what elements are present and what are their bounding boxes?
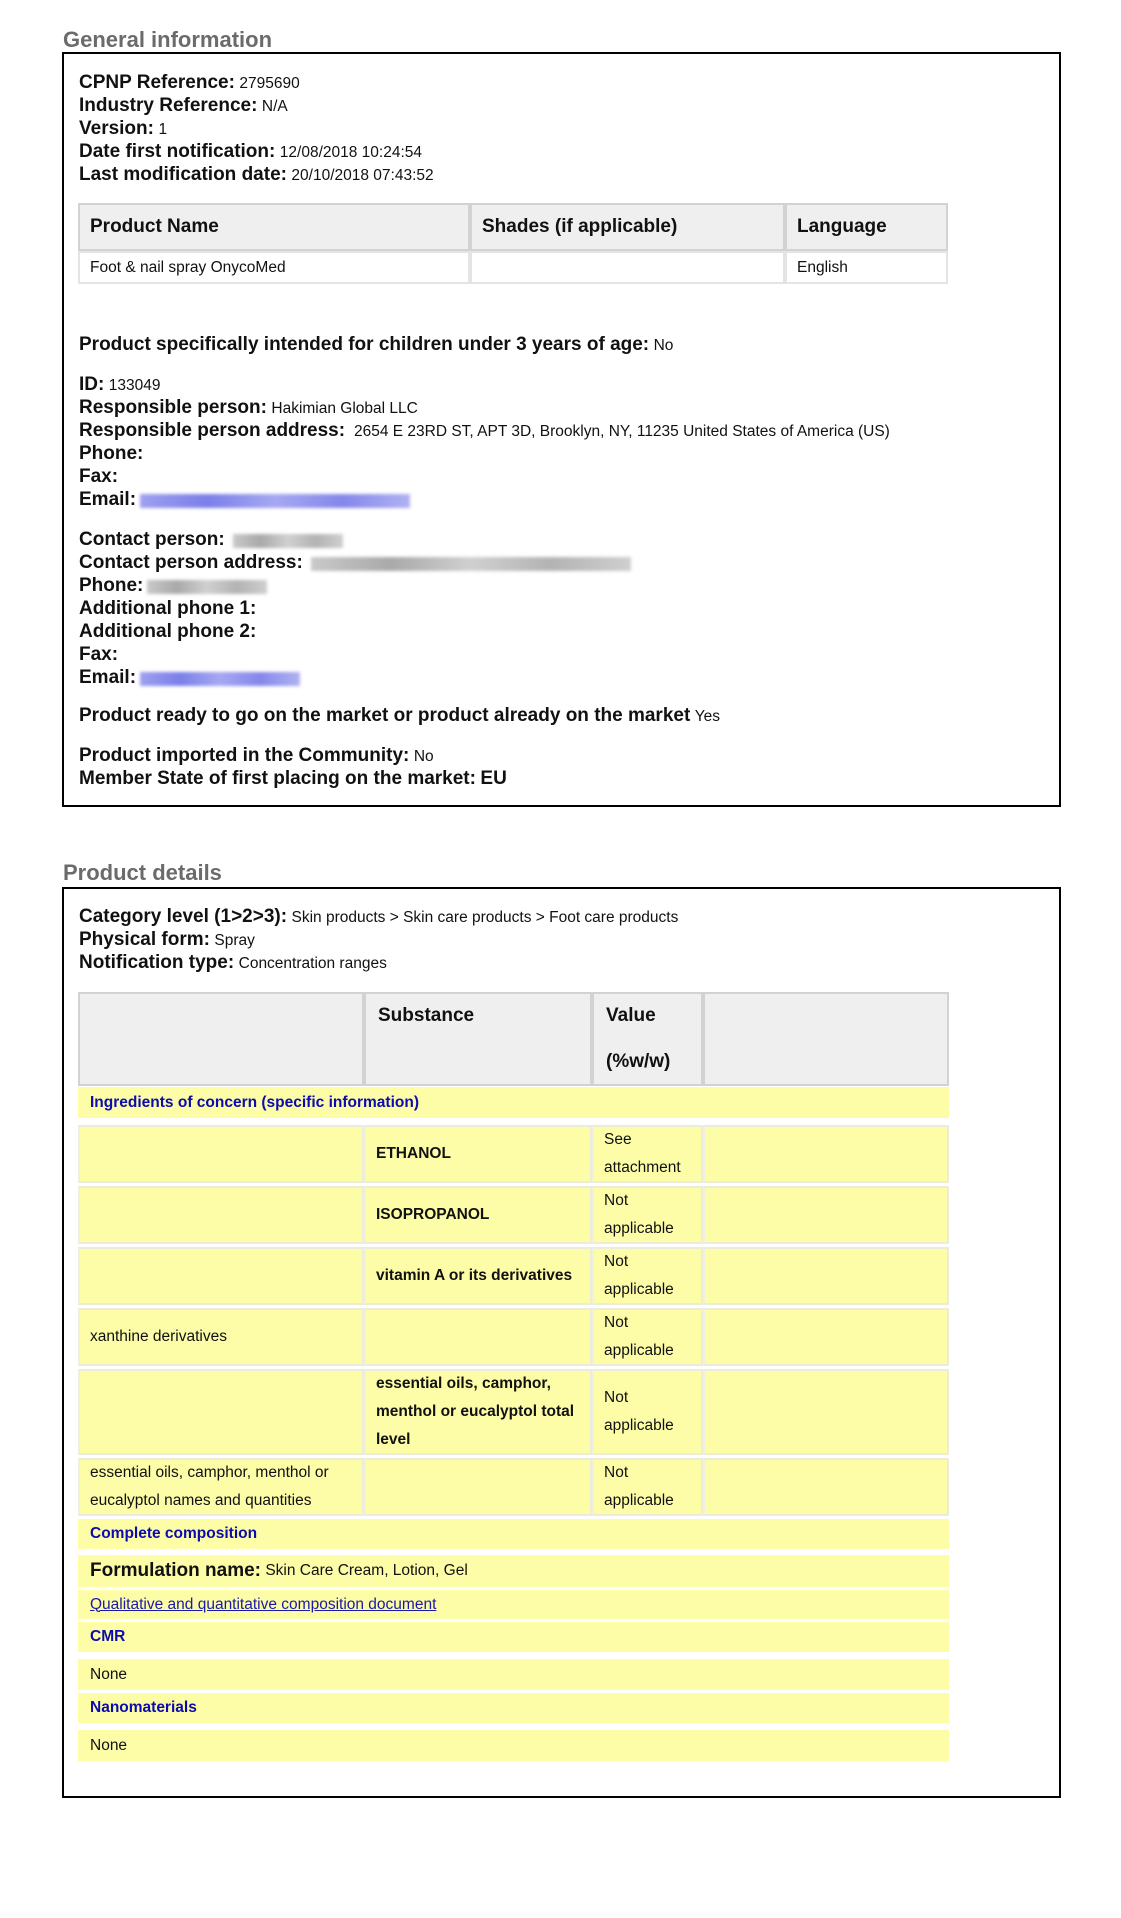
label: Fax: <box>79 466 118 487</box>
category-level: Category level (1>2>3): Skin products > … <box>79 905 678 929</box>
cell-value: Not applicable <box>592 1458 703 1516</box>
label: CPNP Reference: <box>79 72 235 93</box>
value: 133049 <box>109 377 161 394</box>
cell-empty <box>703 1458 949 1516</box>
cell-empty <box>703 1247 949 1305</box>
notification-type: Notification type: Concentration ranges <box>79 951 387 975</box>
header-substance: Substance <box>364 992 592 1086</box>
cell-value: Not applicable <box>592 1186 703 1244</box>
value: 2795690 <box>239 75 299 92</box>
cell-value: Not applicable <box>592 1247 703 1305</box>
cell-substance: vitamin A or its derivatives <box>364 1247 592 1305</box>
last-modification-date: Last modification date: 20/10/2018 07:43… <box>79 163 434 187</box>
header-value: Value(%w/w) <box>592 992 703 1086</box>
redacted-value <box>233 534 343 548</box>
label: Product imported in the Community: <box>79 745 409 766</box>
nanomaterials-heading: Nanomaterials <box>78 1693 949 1723</box>
cpnp-reference: CPNP Reference: 2795690 <box>79 71 300 95</box>
responsible-address: Responsible person address: 2654 E 23RD … <box>79 419 890 443</box>
label: Category level (1>2>3): <box>79 906 287 927</box>
value: N/A <box>262 98 288 115</box>
label: Date first notification: <box>79 141 275 162</box>
cell-empty <box>703 1125 949 1183</box>
label: Additional phone 1: <box>79 598 256 619</box>
label: Responsible person: <box>79 397 267 418</box>
responsible-id: ID: 133049 <box>79 373 161 397</box>
responsible-phone: Phone: <box>79 442 143 466</box>
cell-substance: ETHANOL <box>364 1125 592 1183</box>
cell-substance: essential oils, camphor, menthol or euca… <box>364 1369 592 1455</box>
cell-category <box>78 1247 364 1305</box>
label: Version: <box>79 118 154 139</box>
cell-product-name: Foot & nail spray OnycoMed <box>78 251 470 284</box>
value: Skin Care Cream, Lotion, Gel <box>265 1562 467 1580</box>
label: Industry Reference: <box>79 95 257 116</box>
label: Phone: <box>79 443 143 464</box>
formulation-name: Formulation name: Skin Care Cream, Lotio… <box>78 1555 949 1587</box>
value: Hakimian Global LLC <box>271 400 417 417</box>
product-name-table: Product Name Shades (if applicable) Lang… <box>78 203 948 284</box>
complete-composition-heading: Complete composition <box>78 1519 949 1549</box>
contact-additional-phone-1: Additional phone 1: <box>79 597 256 621</box>
value: 20/10/2018 07:43:52 <box>291 167 433 184</box>
table-row: Foot & nail spray OnycoMed English <box>78 251 948 284</box>
label: Physical form: <box>79 929 210 950</box>
label: Phone: <box>79 575 143 596</box>
value: No <box>414 748 434 765</box>
table-row: ISOPROPANOL Not applicable <box>78 1186 949 1244</box>
member-state: Member State of first placing on the mar… <box>79 767 507 791</box>
contact-additional-phone-2: Additional phone 2: <box>79 620 256 644</box>
physical-form: Physical form: Spray <box>79 928 255 952</box>
redacted-value <box>147 580 267 594</box>
cell-empty <box>703 1186 949 1244</box>
cell-language: English <box>785 251 948 284</box>
header-shades: Shades (if applicable) <box>470 203 785 251</box>
cell-substance <box>364 1458 592 1516</box>
cmr-heading: CMR <box>78 1622 949 1652</box>
label: Contact person: <box>79 529 225 550</box>
cmr-value: None <box>78 1659 949 1690</box>
contact-address: Contact person address: <box>79 551 631 575</box>
value: Concentration ranges <box>239 955 387 972</box>
section-title-general: General information <box>63 27 272 53</box>
table-row: essential oils, camphor, menthol or euca… <box>78 1458 949 1516</box>
table-header-row: Product Name Shades (if applicable) Lang… <box>78 203 948 251</box>
responsible-fax: Fax: <box>79 465 118 489</box>
responsible-email: Email: <box>79 488 410 512</box>
contact-email: Email: <box>79 666 300 690</box>
value: Spray <box>214 932 255 949</box>
cell-category <box>78 1369 364 1455</box>
redacted-email-link[interactable] <box>140 672 300 686</box>
label: Responsible person address: <box>79 420 345 441</box>
value: 2654 E 23RD ST, APT 3D, Brooklyn, NY, 11… <box>354 423 890 440</box>
responsible-person: Responsible person: Hakimian Global LLC <box>79 396 418 420</box>
contact-person: Contact person: <box>79 528 343 552</box>
label: Contact person address: <box>79 552 303 573</box>
market-ready: Product ready to go on the market or pro… <box>79 704 720 728</box>
header-language: Language <box>785 203 948 251</box>
label: Member State of first placing on the mar… <box>79 768 476 789</box>
cell-empty <box>703 1308 949 1366</box>
contact-phone: Phone: <box>79 574 267 598</box>
label: Formulation name: <box>90 1560 261 1582</box>
label: Additional phone 2: <box>79 621 256 642</box>
cell-category: xanthine derivatives <box>78 1308 364 1366</box>
table-row: vitamin A or its derivatives Not applica… <box>78 1247 949 1305</box>
children-under-3: Product specifically intended for childr… <box>79 333 673 357</box>
header-value-unit: (%w/w) <box>606 1050 691 1074</box>
header-empty-1 <box>78 992 364 1086</box>
value: Skin products > Skin care products > Foo… <box>292 909 679 926</box>
imported-in-community: Product imported in the Community: No <box>79 744 434 768</box>
cell-value: Not applicable <box>592 1369 703 1455</box>
cell-shades <box>470 251 785 284</box>
table-row: ETHANOL See attachment <box>78 1125 949 1183</box>
label: Email: <box>79 667 136 688</box>
cell-value: Not applicable <box>592 1308 703 1366</box>
cell-category: essential oils, camphor, menthol or euca… <box>78 1458 364 1516</box>
label: Fax: <box>79 644 118 665</box>
industry-reference: Industry Reference: N/A <box>79 94 288 118</box>
header-empty-2 <box>703 992 949 1086</box>
cell-category <box>78 1186 364 1244</box>
contact-fax: Fax: <box>79 643 118 667</box>
header-value-label: Value <box>606 1004 691 1028</box>
header-substance-label: Substance <box>378 1004 580 1028</box>
nanomaterials-value: None <box>78 1730 949 1761</box>
value: EU <box>480 768 506 789</box>
ingredients-of-concern-heading: Ingredients of concern (specific informa… <box>78 1087 949 1118</box>
label: Product ready to go on the market or pro… <box>79 705 690 726</box>
table-header-row: Substance Value(%w/w) <box>78 992 949 1086</box>
table-row: xanthine derivatives Not applicable <box>78 1308 949 1366</box>
value: 1 <box>158 121 167 138</box>
label: Product specifically intended for childr… <box>79 334 649 355</box>
label: Last modification date: <box>79 164 287 185</box>
header-product-name: Product Name <box>78 203 470 251</box>
cell-value: See attachment <box>592 1125 703 1183</box>
label: Notification type: <box>79 952 234 973</box>
cell-substance: ISOPROPANOL <box>364 1186 592 1244</box>
section-title-details: Product details <box>63 860 222 886</box>
cell-category <box>78 1125 364 1183</box>
version: Version: 1 <box>79 117 167 141</box>
redacted-value <box>311 557 631 571</box>
value: Yes <box>695 708 720 725</box>
cell-substance <box>364 1308 592 1366</box>
value: No <box>654 337 674 354</box>
value: 12/08/2018 10:24:54 <box>280 144 422 161</box>
redacted-email-link[interactable] <box>140 494 410 508</box>
label: Email: <box>79 489 136 510</box>
table-row: essential oils, camphor, menthol or euca… <box>78 1369 949 1455</box>
composition-document-link[interactable]: Qualitative and quantitative composition… <box>90 1596 436 1614</box>
cell-empty <box>703 1369 949 1455</box>
label: ID: <box>79 374 104 395</box>
date-first-notification: Date first notification: 12/08/2018 10:2… <box>79 140 422 164</box>
composition-document-row: Qualitative and quantitative composition… <box>78 1590 949 1619</box>
